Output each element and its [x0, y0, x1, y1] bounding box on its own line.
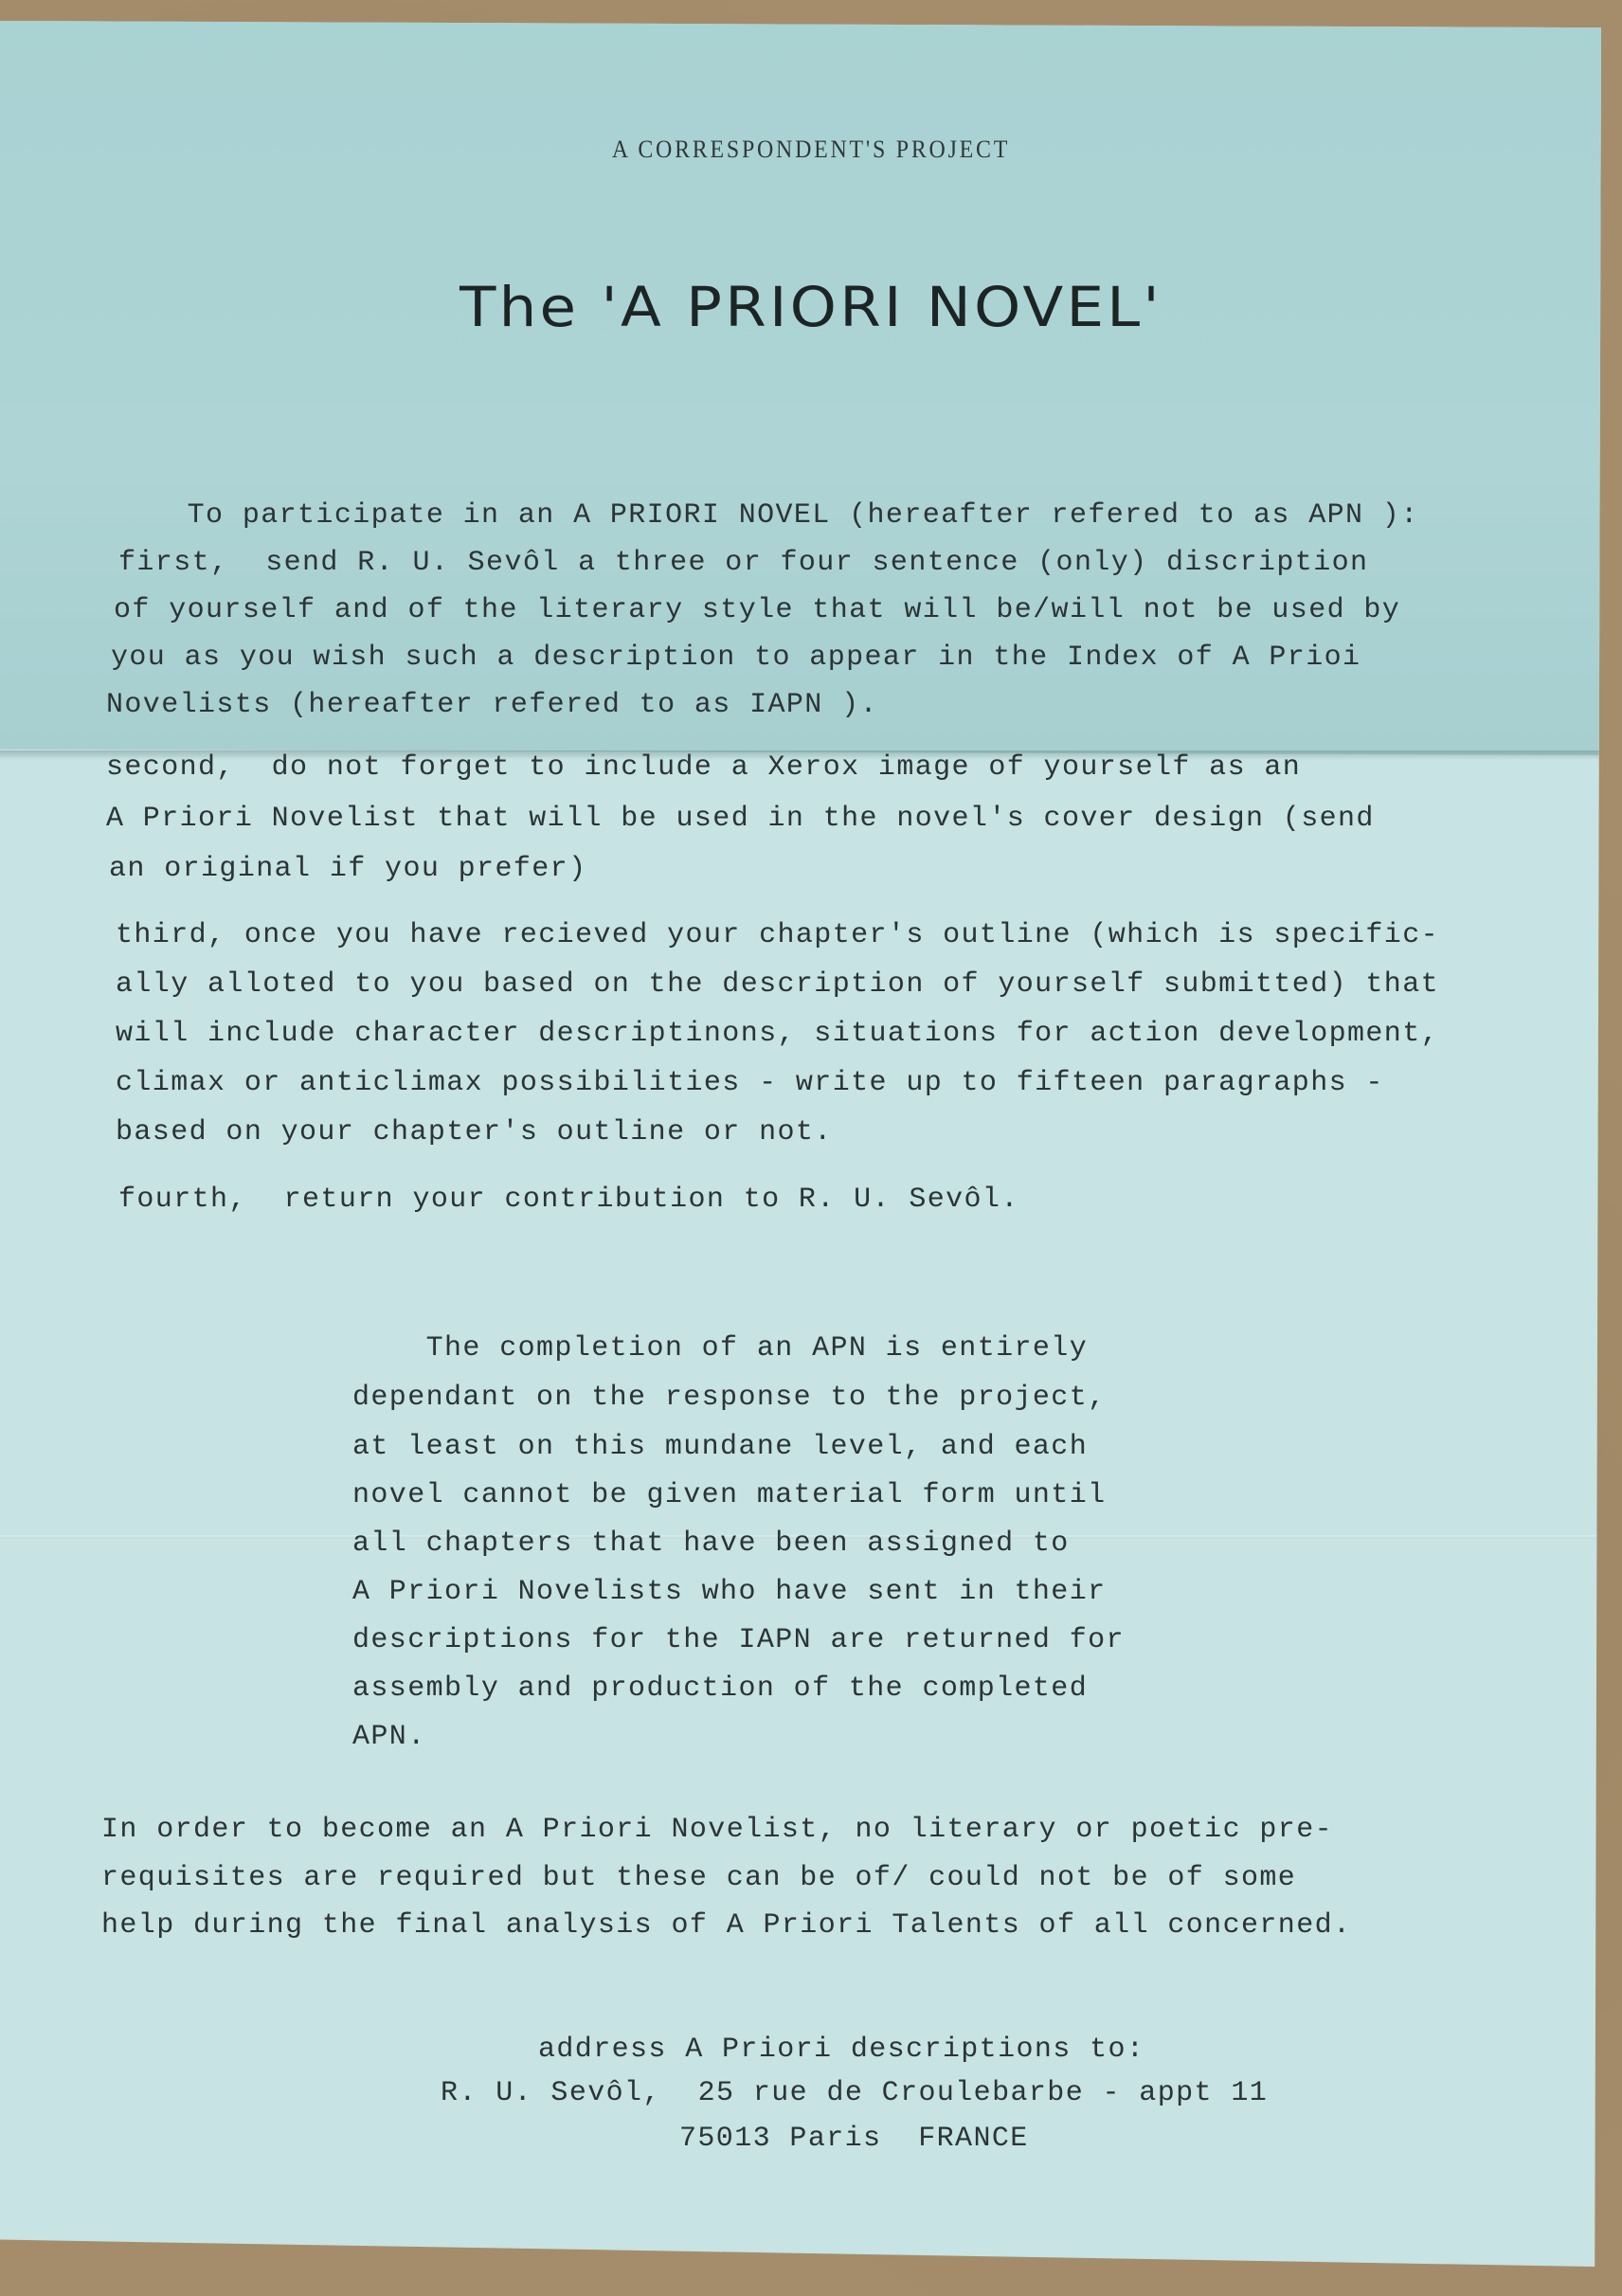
completion-line: assembly and production of the completed [352, 1672, 1088, 1705]
completion-line: dependant on the response to the project… [352, 1382, 1107, 1414]
third-line: climax or anticlimax possibilities - wri… [116, 1067, 1384, 1099]
completion-line: at least on this mundane level, and each [352, 1431, 1088, 1463]
requirements-line: help during the final analysis of A Prio… [101, 1909, 1351, 1942]
requirements-line: requisites are required but these can be… [101, 1862, 1296, 1894]
third-line: based on your chapter's outline or not. [116, 1116, 833, 1148]
third-line: ally alloted to you based on the descrip… [116, 968, 1439, 1001]
second-line: A Priori Novelist that will be used in t… [106, 803, 1375, 835]
address-label: address A Priori descriptions to: [538, 2034, 1144, 2066]
intro-line: To participate in an A PRIORI NOVEL (her… [114, 499, 1419, 532]
intro-line: of yourself and of the literary style th… [114, 594, 1400, 626]
address-line-2: 75013 Paris FRANCE [679, 2123, 1029, 2155]
second-line: an original if you prefer) [109, 853, 586, 885]
completion-line: all chapters that have been assigned to [352, 1528, 1070, 1560]
intro-line: first, send R. U. Sevôl a three or four … [118, 547, 1368, 579]
address-line-1: R. U. Sevôl, 25 rue de Croulebarbe - app… [441, 2077, 1268, 2109]
requirements-line: In order to become an A Priori Novelist,… [101, 1814, 1333, 1846]
second-line: second, do not forget to include a Xerox… [106, 751, 1301, 784]
completion-line: novel cannot be given material form unti… [352, 1479, 1107, 1511]
document-subtitle: A CORRESPONDENT'S PROJECT [64, 136, 1557, 164]
third-line: third, once you have recieved your chapt… [116, 919, 1439, 951]
completion-line: descriptions for the IAPN are returned f… [352, 1624, 1125, 1656]
completion-line: The completion of an APN is entirely [352, 1332, 1088, 1365]
fourth-line: fourth, return your contribution to R. U… [118, 1184, 1019, 1216]
intro-line: you as you wish such a description to ap… [111, 642, 1361, 674]
third-line: will include character descriptinons, si… [116, 1018, 1439, 1050]
completion-line: APN. [352, 1721, 426, 1753]
completion-line: A Priori Novelists who have sent in thei… [352, 1576, 1107, 1608]
document-title: The 'A PRIORI NOVEL' [0, 275, 1622, 339]
intro-line: Novelists (hereafter refered to as IAPN … [106, 689, 878, 721]
